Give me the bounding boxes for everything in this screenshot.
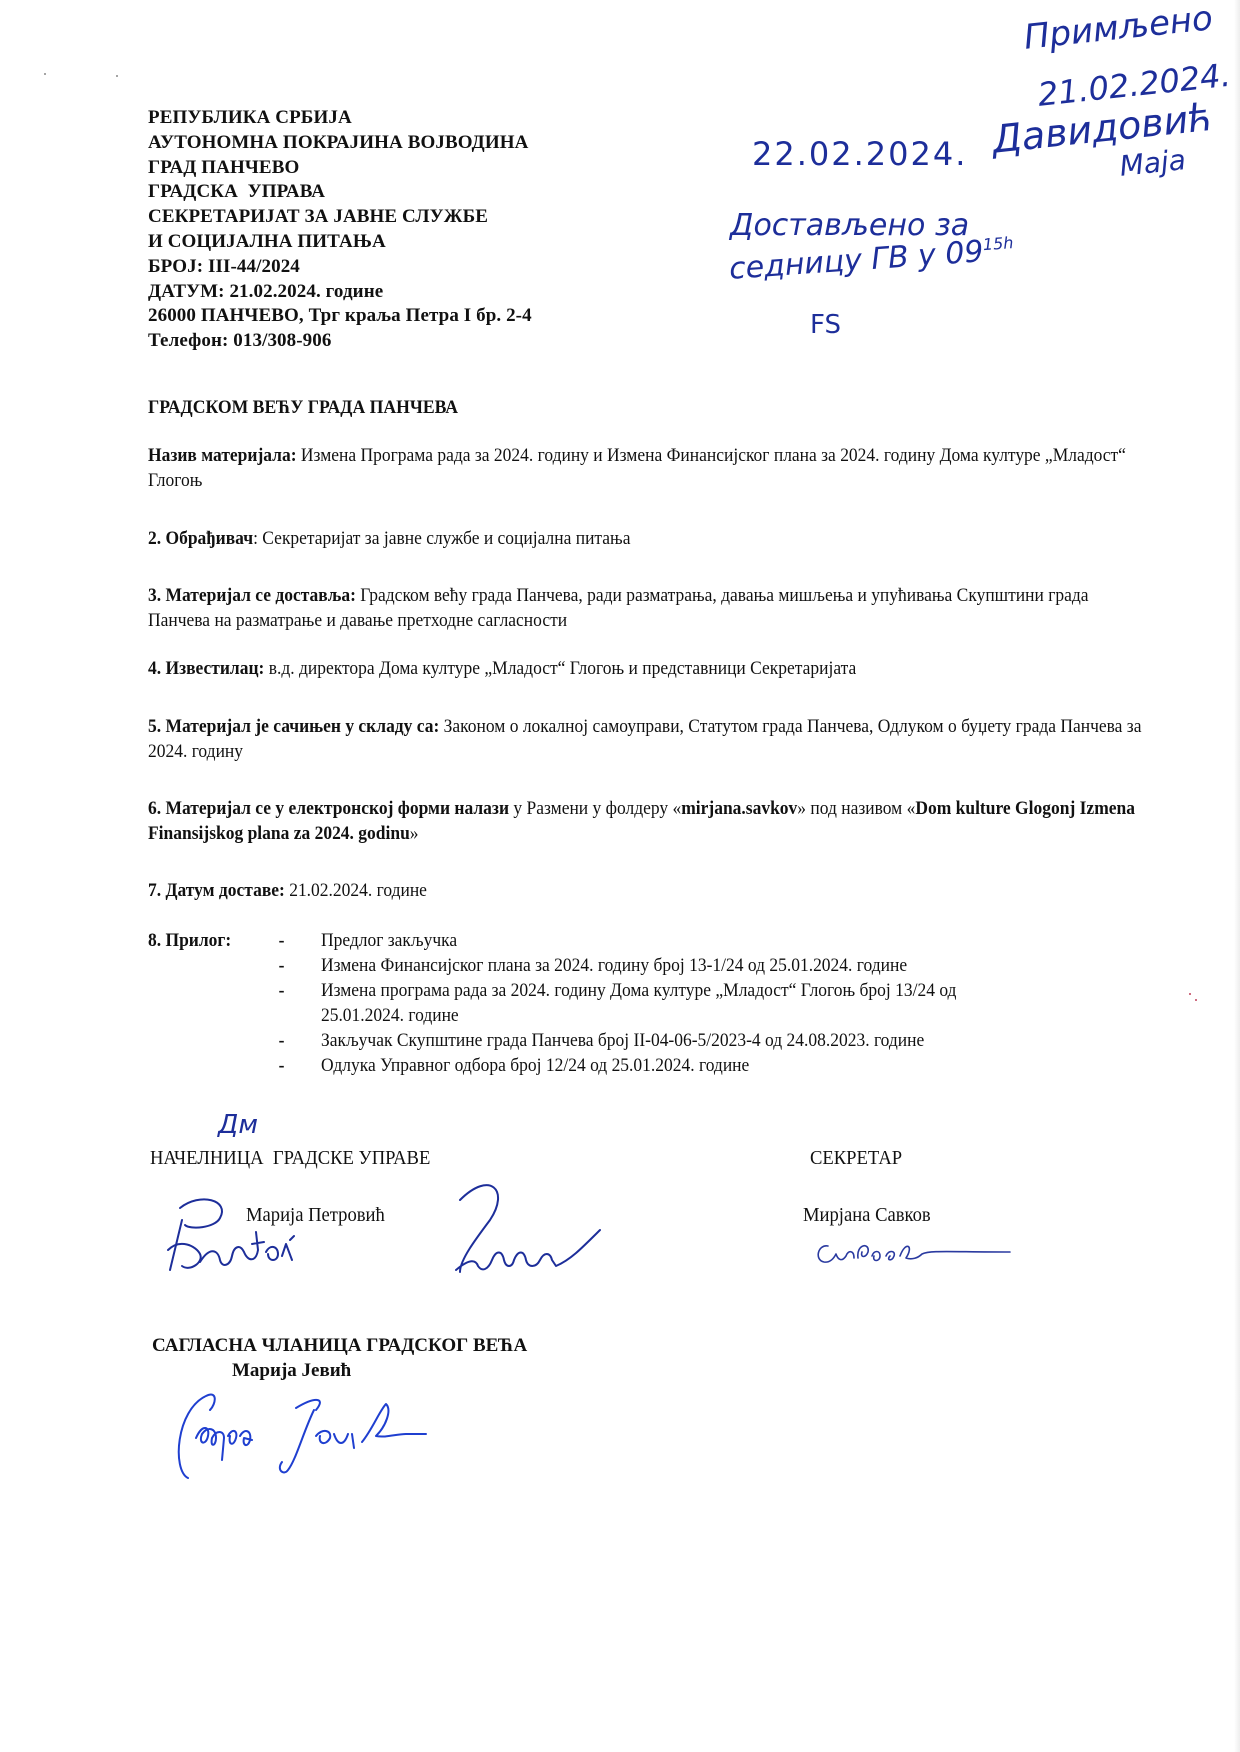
electronic-folder-name: mirjana.savkov [681,798,797,819]
section-submitted-to: 3. Материјал се доставља: Градском већу … [148,583,1142,633]
letterhead-number: БРОЈ: III-44/2024 [148,255,532,280]
consent-title: САГЛАСНА ЧЛАНИЦА ГРАДСКОГ ВЕЋА [152,1333,527,1358]
attachment-item: -Измена Финансијског плана за 2024. годи… [279,953,1131,978]
letterhead-country: РЕПУБЛИКА СРБИЈА [148,106,532,131]
consent-name: Марија Јевић [152,1358,527,1383]
page-edge [1234,0,1240,1752]
attachment-text: Одлука Управног одбора број 12/24 од 25.… [321,1055,749,1076]
letterhead-secretariat: СЕКРЕТАРИЈАТ ЗА ЈАВНЕ СЛУЖБЕ [148,205,532,230]
letterhead-phone: Телефон: 013/308-906 [148,329,532,354]
attachment-text: Измена програма рада за 2024. годину Дом… [321,980,956,1026]
attachment-item: -Предлог закључка [279,928,1131,953]
handwritten-received-initials: Маја [1118,143,1187,183]
list-dash: - [279,978,285,1003]
signature-title-right: СЕКРЕТАР [810,1147,902,1170]
signature-name-right-wrap: Мирјана Савков [803,1204,940,1227]
letterhead-date: ДАТУМ: 21.02.2024. године [148,280,532,305]
handwritten-delivered-initials: FS [810,310,841,340]
attachment-text: Закључак Скупштине града Панчева број II… [321,1030,924,1051]
delivery-date-text: 21.02.2024. године [285,880,427,901]
signature-name-right: Мирјана Савков [803,1204,931,1227]
signature-title-left: НАЧЕЛНИЦА ГРАДСКЕ УПРАВЕ [150,1147,430,1170]
attachment-item: -Закључак Скупштине града Панчева број I… [279,1028,1131,1053]
attachment-item: -Одлука Управног одбора број 12/24 од 25… [279,1053,1131,1078]
list-dash: - [279,928,285,953]
handwritten-signature-right-icon [810,1236,1030,1276]
handwritten-delivered-date: 22.02.2024. [752,135,967,173]
section-rapporteur: 4. Известилац: в.д. директора Дома култу… [148,656,1142,681]
preparer-text: : Секретаријат за јавне службе и социјал… [253,528,630,549]
section-material-title: Назив материјала: Измена Програма рада з… [148,443,1142,493]
legal-basis-label: 5. Материјал је сачињен у складу са: [148,716,439,737]
attachments-list: -Предлог закључка -Измена Финансијског п… [279,928,1131,1078]
scan-speck [116,75,118,77]
scan-speck [1189,993,1191,995]
electronic-form-text-b: » под називом « [797,798,915,819]
letterhead-address: 26000 ПАНЧЕВО, Трг краља Петра I бр. 2-4 [148,304,532,329]
handwritten-received: Примљено [1022,0,1215,58]
signature-block-secretary: СЕКРЕТАР [810,1147,909,1170]
attachment-text: Измена Финансијског плана за 2024. годин… [321,955,907,976]
material-title-label: Назив материјала: [148,445,297,466]
section-legal-basis: 5. Материјал је сачињен у складу са: Зак… [148,714,1142,764]
list-dash: - [279,1028,285,1053]
attachment-text: Предлог закључка [321,930,457,951]
list-dash: - [279,953,285,978]
signature-block-head-of-administration: НАЧЕЛНИЦА ГРАДСКЕ УПРАВЕ [150,1147,451,1170]
letterhead-city: ГРАД ПАНЧЕВО [148,156,532,181]
letterhead-secretariat-cont: И СОЦИЈАЛНА ПИТАЊА [148,230,532,255]
electronic-form-text-a: у Размени у фолдеру « [509,798,681,819]
letterhead-administration: ГРАДСКА УПРАВА [148,180,532,205]
handwritten-signature-left-icon [160,1180,620,1280]
attachments-label: 8. Прилог: [148,928,231,953]
list-dash: - [279,1053,285,1078]
delivery-date-label: 7. Датум доставе: [148,880,285,901]
preparer-label: 2. Обрађивач [148,528,253,549]
section-delivery-date: 7. Датум доставе: 21.02.2024. године [148,878,1142,903]
scan-speck [44,73,46,75]
signature-block-council-member: САГЛАСНА ЧЛАНИЦА ГРАДСКОГ ВЕЋА Марија Је… [152,1333,527,1383]
section-preparer: 2. Обрађивач: Секретаријат за јавне служ… [148,526,1142,551]
electronic-form-text-c: » [410,823,419,844]
scan-speck [1195,999,1197,1001]
attachment-item: -Измена програма рада за 2024. годину До… [279,978,1021,1028]
recipient-heading: ГРАДСКОМ ВЕЋУ ГРАДА ПАНЧЕВА [148,397,458,419]
section-electronic-form: 6. Материјал се у електронској форми нал… [148,796,1142,846]
rapporteur-label: 4. Известилац: [148,658,264,679]
handwritten-time-superscript: 15h [982,233,1014,254]
handwritten-initials-above-title: Дм [218,1110,258,1140]
letterhead-province: АУТОНОМНА ПОКРАЈИНА ВОЈВОДИНА [148,131,532,156]
rapporteur-text: в.д. директора Дома културе „Младост“ Гл… [264,658,856,679]
letterhead: РЕПУБЛИКА СРБИЈА АУТОНОМНА ПОКРАЈИНА ВОЈ… [148,106,532,354]
electronic-form-label: 6. Материјал се у електронској форми нал… [148,798,509,819]
handwritten-signature-consent-icon [176,1390,456,1490]
submitted-to-label: 3. Материјал се доставља: [148,585,356,606]
